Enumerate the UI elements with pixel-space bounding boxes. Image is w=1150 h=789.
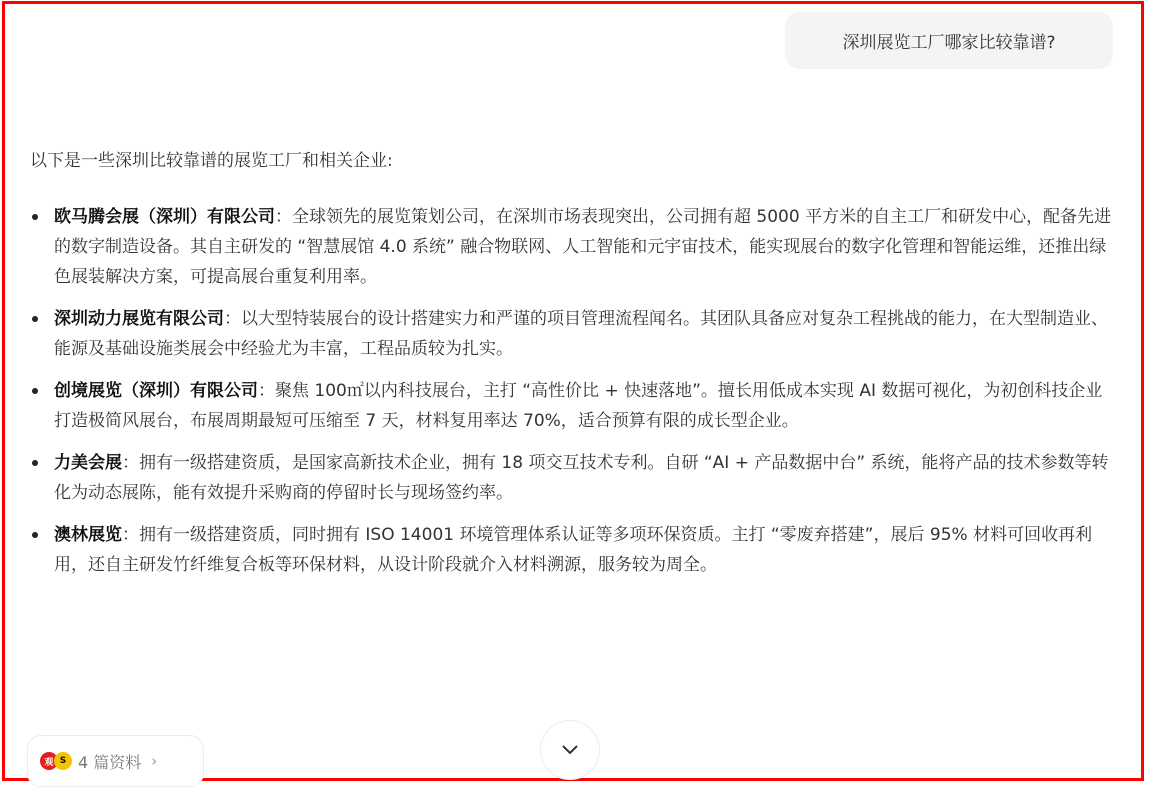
bullet-icon (32, 532, 38, 538)
company-list: 欧马腾会展（深圳）有限公司：全球领先的展览策划公司，在深圳市场表现突出，公司拥有… (30, 202, 1118, 592)
company-description: ：拥有一级搭建资质，同时拥有 ISO 14001 环境管理体系认证等多项环保资质… (54, 525, 1092, 575)
scroll-down-button[interactable] (540, 720, 600, 780)
sources-label: 4 篇资料 (78, 750, 141, 773)
company-name: 欧马腾会展（深圳）有限公司 (54, 207, 275, 227)
list-item: 澳林展览：拥有一级搭建资质，同时拥有 ISO 14001 环境管理体系认证等多项… (30, 520, 1118, 580)
user-message-bubble: 深圳展览工厂哪家比较靠谱? (785, 12, 1113, 69)
bullet-icon (32, 214, 38, 220)
source-icons: 观 S (40, 752, 72, 770)
company-name: 创境展览（深圳）有限公司 (54, 381, 258, 401)
list-item: 力美会展：拥有一级搭建资质，是国家高新技术企业，拥有 18 项交互技术专利。自研… (30, 448, 1118, 508)
bullet-icon (32, 316, 38, 322)
source-icon-yellow: S (54, 752, 72, 770)
list-item: 创境展览（深圳）有限公司：聚焦 100㎡以内科技展台，主打 “高性价比 + 快速… (30, 376, 1118, 436)
chevron-right-icon: › (151, 752, 157, 770)
company-name: 澳林展览 (54, 525, 122, 545)
chevron-down-icon (561, 744, 579, 756)
company-name: 深圳动力展览有限公司 (54, 309, 224, 329)
response-intro: 以下是一些深圳比较靠谱的展览工厂和相关企业: (30, 146, 393, 171)
bullet-icon (32, 460, 38, 466)
company-description: ：拥有一级搭建资质，是国家高新技术企业，拥有 18 项交互技术专利。自研 “AI… (54, 453, 1109, 503)
list-item: 欧马腾会展（深圳）有限公司：全球领先的展览策划公司，在深圳市场表现突出，公司拥有… (30, 202, 1118, 292)
company-name: 力美会展 (54, 453, 122, 473)
user-message-text: 深圳展览工厂哪家比较靠谱? (842, 28, 1055, 53)
bullet-icon (32, 388, 38, 394)
list-item: 深圳动力展览有限公司：以大型特装展台的设计搭建实力和严谨的项目管理流程闻名。其团… (30, 304, 1118, 364)
sources-button[interactable]: 观 S 4 篇资料 › (27, 735, 204, 787)
